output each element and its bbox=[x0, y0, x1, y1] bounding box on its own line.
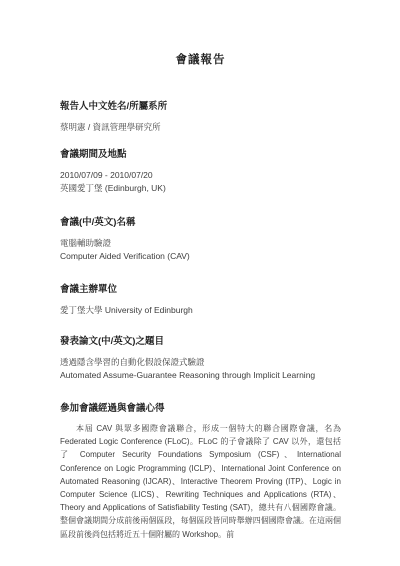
paper-title-english: Automated Assume-Guarantee Reasoning thr… bbox=[60, 369, 341, 382]
conference-location: 英國愛丁堡 (Edinburgh, UK) bbox=[60, 182, 341, 195]
section-heading-conference-name: 會議(中/英文)名稱 bbox=[60, 216, 341, 229]
conference-name-chinese: 電腦輔助驗證 bbox=[60, 237, 341, 250]
organizer-name: 愛丁堡大學 University of Edinburgh bbox=[60, 304, 341, 317]
section-heading-period-location: 會議期間及地點 bbox=[60, 148, 341, 161]
section-heading-experience: 參加會議經過與會議心得 bbox=[60, 402, 341, 415]
section-heading-organizer: 會議主辦單位 bbox=[60, 283, 341, 296]
section-heading-paper-title: 發表論文(中/英文)之題目 bbox=[60, 335, 341, 348]
document-title: 會議報告 bbox=[60, 54, 341, 67]
paper-title-chinese: 透過隱含學習的自動化假設保證式驗證 bbox=[60, 356, 341, 369]
conference-name-english: Computer Aided Verification (CAV) bbox=[60, 250, 341, 263]
experience-paragraph: 本屆 CAV 與眾多國際會議聯合，形成一個特大的聯合國際會議，名為 Federa… bbox=[60, 422, 341, 541]
conference-dates: 2010/07/09 - 2010/07/20 bbox=[60, 169, 341, 182]
report-page: 會議報告 報告人中文姓名/所屬系所 蔡明憲 / 資訊管理學研究所 會議期間及地點… bbox=[0, 0, 400, 566]
reporter-name-and-department: 蔡明憲 / 資訊管理學研究所 bbox=[60, 121, 341, 134]
section-heading-reporter: 報告人中文姓名/所屬系所 bbox=[60, 100, 341, 113]
